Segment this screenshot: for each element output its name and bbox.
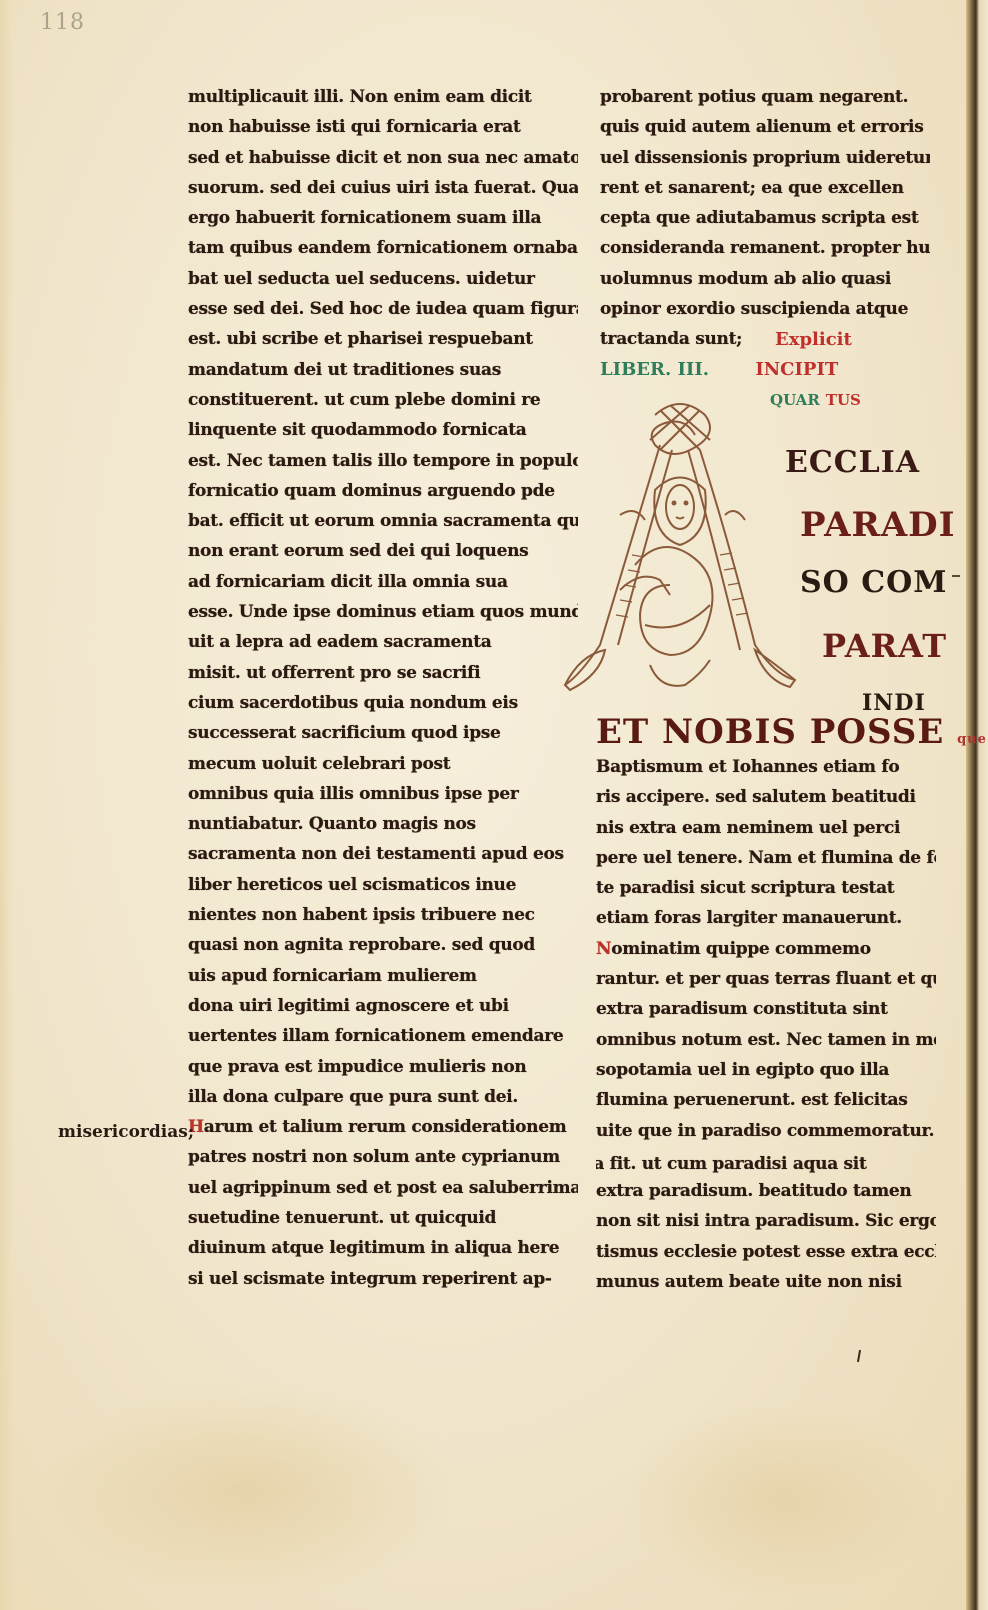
margin-note: misericordias; — [58, 1122, 194, 1142]
right-column-lower-line: uite que in paradiso commemoratur. — [596, 1116, 936, 1146]
right-column-lower-line: Baptismum et Iohannes etiam fo — [596, 752, 936, 782]
right-column-lower-line: Nominatim quippe commemo — [596, 934, 936, 964]
display-tail: que — [957, 732, 987, 747]
left-column-line: dona uiri legitimi agnoscere et ubi — [188, 991, 578, 1021]
right-column-lower-line: extra paradisum. beatitudo tamen — [596, 1176, 936, 1206]
page-left-edge — [0, 0, 14, 1610]
right-column-lower-line: etiam foras largiter manauerunt. — [596, 903, 936, 933]
display-capitals-et-nobis: ET NOBIS POSSE que — [596, 712, 987, 752]
left-column-line: diuinum atque legitimum in aliqua here — [188, 1233, 578, 1263]
left-column-line: quasi non agnita reprobare. sed quod — [188, 930, 578, 960]
right-column-lower-line: non sit nisi intra paradisum. Sic ergo b… — [596, 1206, 936, 1236]
right-column-upper-line: consideranda remanent. propter hu — [600, 233, 930, 263]
left-column-line: cium sacerdotibus quia nondum eis — [188, 688, 578, 718]
left-column-line: patres nostri non solum ante cyprianum — [188, 1142, 578, 1172]
display-et-nobis-text: ET NOBIS POSSE — [596, 712, 944, 752]
right-column-lower: Baptismum et Iohannes etiam foris accipe… — [596, 752, 936, 1297]
right-column-lower-line: munus autem beate uite non nisi — [596, 1267, 936, 1297]
right-column-lower-line: extra paradisum constituta sint — [596, 994, 936, 1024]
rubric-explicit: Explicit — [775, 329, 852, 350]
left-column-line: mandatum dei ut traditiones suas — [188, 355, 578, 385]
left-column-line: ad fornicariam dicit illa omnia sua — [188, 567, 578, 597]
edge-mark — [952, 575, 960, 577]
right-column-lower-line: tismus ecclesie potest esse extra eccles… — [596, 1237, 936, 1267]
left-column-line: fornicatio quam dominus arguendo pde — [188, 476, 578, 506]
rubric-row-liber: LIBER. III. INCIPIT — [600, 355, 930, 385]
left-column-line: tam quibus eandem fornicationem ornabat — [188, 233, 578, 263]
left-column-line: constituerent. ut cum plebe domini re — [188, 385, 578, 415]
left-column-line: est. Nec tamen talis illo tempore in pop… — [188, 446, 578, 476]
right-column-upper-line: uel dissensionis proprium uideretur argu… — [600, 143, 930, 173]
left-column-line: ergo habuerit fornicationem suam illa — [188, 203, 578, 233]
lombard-initial: N — [596, 939, 611, 959]
right-column-upper-line: uolumnus modum ab alio quasi — [600, 264, 930, 294]
right-column-lower-line: omnibus notum est. Nec tamen in me — [596, 1025, 936, 1055]
zoomorphic-initial-icon — [560, 395, 800, 705]
left-column-line: linquente sit quodammodo fornicata — [188, 415, 578, 445]
left-column-line: est. ubi scribe et pharisei respuebant — [188, 324, 578, 354]
left-column-line: nuntiabatur. Quanto magis nos — [188, 809, 578, 839]
right-column-lower-line: sopotamia uel in egipto quo illa — [596, 1055, 936, 1085]
right-column-upper-line: probarent potius quam negarent. — [600, 82, 930, 112]
ink-mark — [857, 1350, 861, 1362]
left-column-line: liber hereticos uel scismaticos inue — [188, 870, 578, 900]
right-column-upper-line: cepta que adiutabamus scripta est — [600, 203, 930, 233]
decorated-initial-a — [560, 395, 800, 705]
book-gutter — [966, 0, 988, 1610]
left-column-line: nientes non habent ipsis tribuere nec — [188, 900, 578, 930]
right-column-lower-line: te paradisi sicut scriptura testat — [596, 873, 936, 903]
left-column-line: Harum et talium rerum considerationem — [188, 1112, 578, 1142]
right-column-upper-line: rent et sanarent; ea que excellen — [600, 173, 930, 203]
left-column-line: suetudine tenuerunt. ut quicquid — [188, 1203, 578, 1233]
right-column-lower-line: rantur. et per quas terras fluant et quo… — [596, 964, 936, 994]
left-column-line: uit a lepra ad eadem sacramenta — [188, 627, 578, 657]
display-capitals-line-2: PARADI — [800, 505, 956, 545]
left-column-line: sed et habuisse dicit et non sua nec ama… — [188, 143, 578, 173]
left-column-line: non erant eorum sed dei qui loquens — [188, 536, 578, 566]
display-capitals-line-4: PARAT — [822, 627, 947, 665]
left-column-line: esse. Unde ipse dominus etiam quos munda — [188, 597, 578, 627]
left-column-line: bat uel seducta uel seducens. uidetur — [188, 264, 578, 294]
right-column-lower-line: Ita fit. ut cum paradisi aqua sit — [596, 1146, 936, 1176]
right-column-upper-line: opinor exordio suscipienda atque — [600, 294, 930, 324]
right-column-lower-line: ris accipere. sed salutem beatitudi — [596, 782, 936, 812]
left-column-line: omnibus quia illis omnibus ipse per — [188, 779, 578, 809]
display-capitals-line-3: SO COM — [800, 565, 947, 600]
right-column-lower-line: pere uel tenere. Nam et flumina de fon — [596, 843, 936, 873]
left-column-line: si uel scismate integrum reperirent ap- — [188, 1264, 578, 1294]
rubric-liber: LIBER. III. — [600, 359, 709, 380]
right-column-upper-line: quis quid autem alienum et erroris — [600, 112, 930, 142]
left-column-line: misit. ut offerrent pro se sacrifi — [188, 658, 578, 688]
parchment-stain — [40, 1380, 460, 1600]
rubric-incipit: INCIPIT — [755, 359, 838, 380]
left-column-line: non habuisse isti qui fornicaria erat — [188, 112, 578, 142]
right-column-lower-line: flumina peruenerunt. est felicitas — [596, 1085, 936, 1115]
left-column-line: esse sed dei. Sed hoc de iudea quam figu… — [188, 294, 578, 324]
left-column-line: mecum uoluit celebrari post — [188, 749, 578, 779]
parchment-stain — [620, 1400, 940, 1600]
folio-number: 118 — [40, 10, 85, 35]
left-column-line: successerat sacrificium quod ipse — [188, 718, 578, 748]
left-column-line: uel agrippinum sed et post ea saluberrim… — [188, 1173, 578, 1203]
rubric-tus: TUS — [826, 391, 861, 409]
left-column-line: bat. efficit ut eorum omnia sacramenta q… — [188, 506, 578, 536]
right-column-upper: probarent potius quam negarent.quis quid… — [600, 82, 930, 415]
left-column-line: sacramenta non dei testamenti apud eos — [188, 839, 578, 869]
right-column-lower-line: nis extra eam neminem uel perci — [596, 813, 936, 843]
left-column-line: suorum. sed dei cuius uiri ista fuerat. … — [188, 173, 578, 203]
left-column: multiplicauit illi. Non enim eam dicitno… — [188, 82, 578, 1294]
display-capitals-line-1: ECCLIA — [785, 445, 920, 480]
left-column-line: que prava est impudice mulieris non — [188, 1052, 578, 1082]
left-column-line: illa dona culpare que pura sunt dei. — [188, 1082, 578, 1112]
left-column-line: multiplicauit illi. Non enim eam dicit — [188, 82, 578, 112]
left-column-line: uertentes illam fornicationem emendare — [188, 1021, 578, 1051]
left-column-line: uis apud fornicariam mulierem — [188, 961, 578, 991]
